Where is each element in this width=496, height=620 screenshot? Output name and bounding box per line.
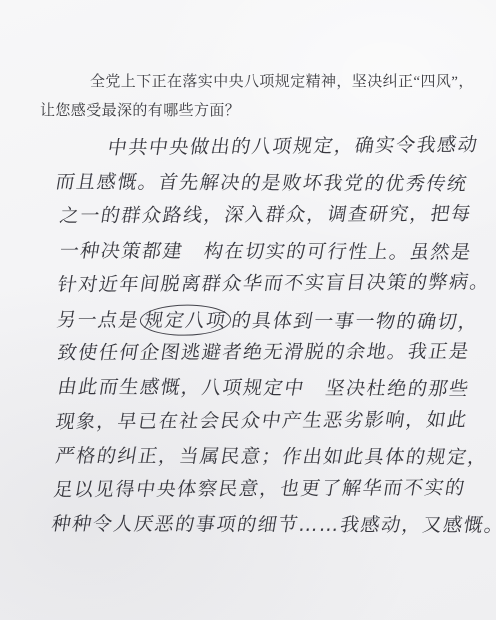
handwritten-answer: 中共中央做出的八项规定，确实令我感动 而且感慨。首先解决的是败坏我党的优秀传统 … <box>0 133 496 543</box>
circled-correction: 规定八项 <box>138 304 233 335</box>
handwritten-line: 由此而生感慨，八项规定中 坚决杜绝的那些 <box>58 372 496 408</box>
handwritten-line: 足以见得中央体察民意，也更了解华而不实的 <box>54 473 496 510</box>
handwritten-line: 中共中央做出的八项规定，确实令我感动 <box>108 130 496 168</box>
circle-annotation-prefix: 另一点是 <box>55 309 141 331</box>
handwritten-line: 一种决策都建 构在切实的可行性上。虽然是 <box>60 236 496 272</box>
handwritten-line: 针对近年间脱离群众华而不实盲目决策的弊病。 <box>58 267 496 304</box>
scanned-document-page: 全党上下正在落实中央八项规定精神，坚决纠正“四风”， 让您感受最深的有哪些方面？… <box>0 0 496 620</box>
printed-question-line-2: 让您感受最深的有哪些方面？ <box>40 99 240 120</box>
handwritten-line: 致使任何企图逃避者绝无滑脱的余地。我正是 <box>58 337 496 373</box>
printed-question-line-1: 全党上下正在落实中央八项规定精神，坚决纠正“四风”， <box>90 70 474 91</box>
circle-annotation-suffix: 的具体到一事一物的确切， <box>230 310 481 333</box>
handwritten-line: 之一的群众路线，深入群众，调查研究，把每 <box>60 199 496 235</box>
handwritten-line: 严格的纠正，当属民意；作出如此具体的规定， <box>56 441 496 477</box>
handwritten-line: 现象，早已在社会民众中产生恶劣影响，如此 <box>56 404 496 440</box>
handwritten-line: 种种令人厌恶的事项的细节……我感动，又感慨。 <box>52 509 496 545</box>
handwritten-line-with-circle: 另一点是规定八项的具体到一事一物的确切， <box>57 304 496 340</box>
